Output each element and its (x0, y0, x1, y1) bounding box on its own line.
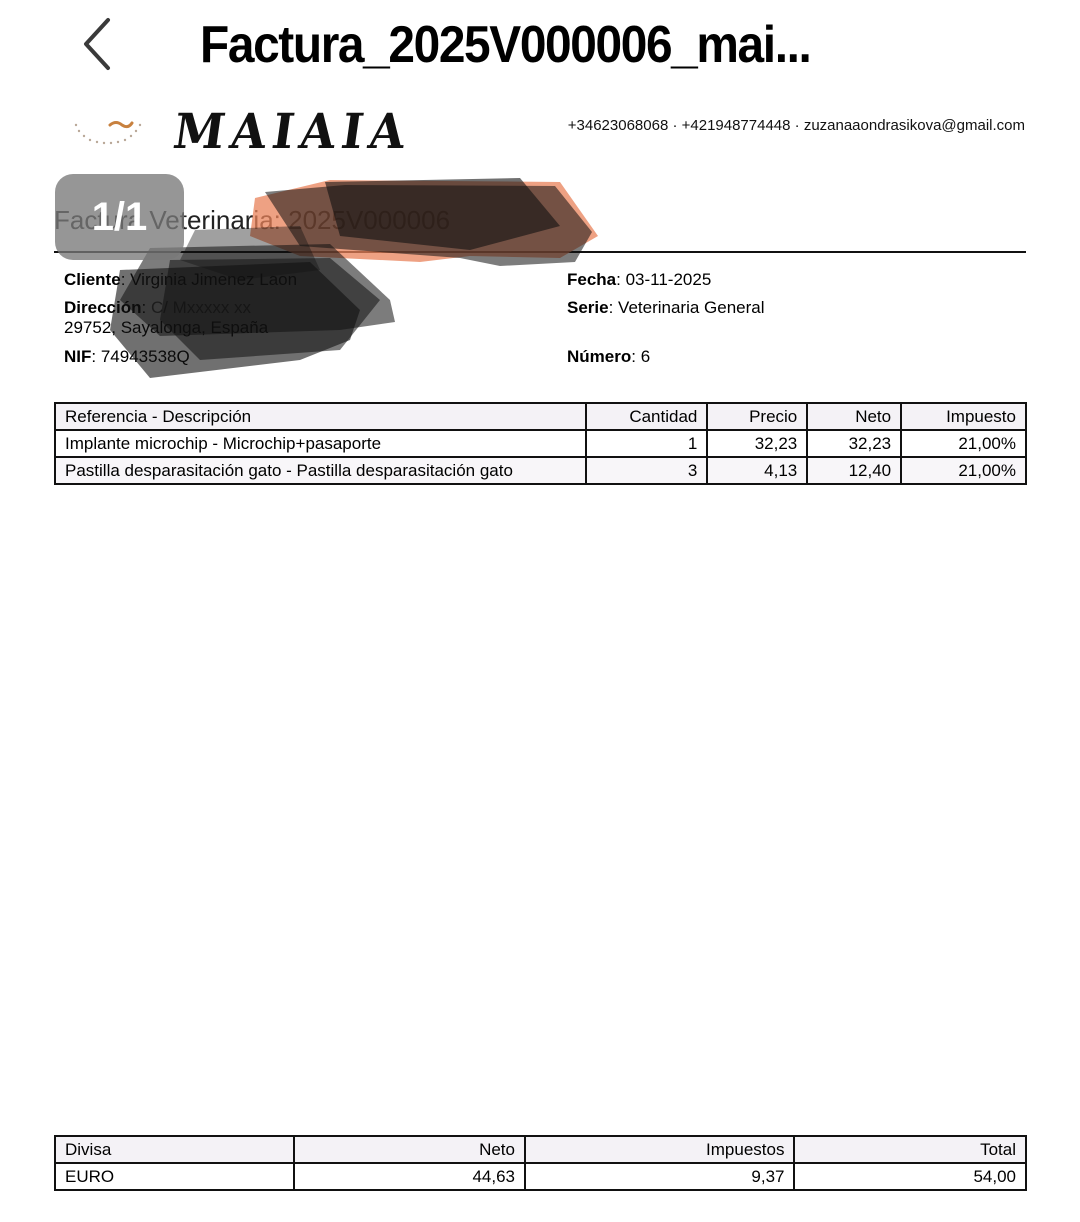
grand-total-value: 54,00 (794, 1163, 1026, 1190)
col-header-quantity: Cantidad (586, 403, 708, 430)
item-description: Pastilla desparasitación gato - Pastilla… (55, 457, 586, 484)
item-quantity: 3 (586, 457, 708, 484)
totals-table: Divisa Neto Impuestos Total EURO 44,63 9… (54, 1135, 1027, 1191)
col-header-currency: Divisa (55, 1136, 294, 1163)
items-table: Referencia - Descripción Cantidad Precio… (54, 402, 1027, 485)
back-button[interactable] (72, 14, 122, 74)
date-field: Fecha: 03-11-2025 (567, 270, 711, 290)
item-net: 32,23 (807, 430, 901, 457)
item-quantity: 1 (586, 430, 708, 457)
col-header-taxes-total: Impuestos (525, 1136, 794, 1163)
items-table-header: Referencia - Descripción Cantidad Precio… (55, 403, 1026, 430)
logo-mark-icon (68, 107, 152, 147)
col-header-net-total: Neto (294, 1136, 526, 1163)
col-header-price: Precio (707, 403, 807, 430)
client-address-field: Dirección: C/ Mxxxxx xx 29752, Sayalonga… (64, 298, 268, 338)
table-row: Pastilla desparasitación gato - Pastilla… (55, 457, 1026, 484)
contact-info: +34623068068 · +421948774448 · zuzanaaon… (568, 117, 1025, 134)
client-nif-field: NIF: 74943538Q (64, 347, 190, 367)
col-header-tax: Impuesto (901, 403, 1026, 430)
table-row: Implante microchip - Microchip+pasaporte… (55, 430, 1026, 457)
item-price: 32,23 (707, 430, 807, 457)
item-tax: 21,00% (901, 430, 1026, 457)
currency-value: EURO (55, 1163, 294, 1190)
item-price: 4,13 (707, 457, 807, 484)
title-divider (54, 251, 1026, 253)
number-field: Número: 6 (567, 347, 650, 367)
brand-logo: MAIAIA (170, 104, 415, 159)
taxes-total-value: 9,37 (525, 1163, 794, 1190)
page-indicator: 1/1 (55, 174, 184, 260)
totals-row: EURO 44,63 9,37 54,00 (55, 1163, 1026, 1190)
totals-table-header: Divisa Neto Impuestos Total (55, 1136, 1026, 1163)
net-total-value: 44,63 (294, 1163, 526, 1190)
item-net: 12,40 (807, 457, 901, 484)
chevron-left-icon (72, 14, 122, 74)
item-tax: 21,00% (901, 457, 1026, 484)
item-description: Implante microchip - Microchip+pasaporte (55, 430, 586, 457)
col-header-description: Referencia - Descripción (55, 403, 586, 430)
col-header-net: Neto (807, 403, 901, 430)
client-name-field: Cliente: Virginia Jimenez Laon (64, 270, 297, 290)
top-bar: Factura_2025V000006_mai... (0, 0, 1080, 95)
pdf-page: MAIAIA +34623068068 · +421948774448 · zu… (0, 95, 1080, 1222)
col-header-grand-total: Total (794, 1136, 1026, 1163)
document-title: Factura_2025V000006_mai... (200, 14, 810, 76)
series-field: Serie: Veterinaria General (567, 298, 765, 318)
